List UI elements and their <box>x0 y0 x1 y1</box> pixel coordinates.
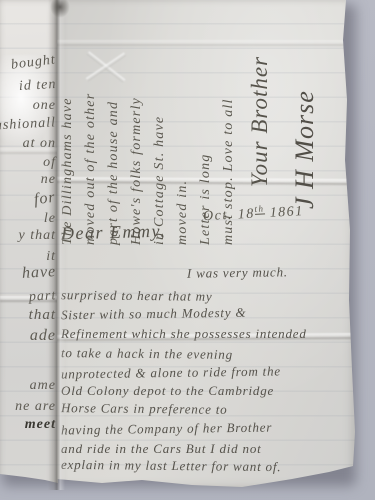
date-year: 1861 <box>269 204 304 221</box>
page-fragment: meet <box>25 417 56 433</box>
body-line: surprised to hear that my <box>61 287 213 305</box>
body-line: having the Company of her Brother <box>61 420 272 439</box>
body-line: to take a hack in the evening <box>61 345 233 363</box>
cross-note-line: part of the house and <box>102 5 125 245</box>
cross-note-line: in Cottage St. have <box>148 5 171 245</box>
page-fragment: ne are <box>15 399 56 415</box>
page-fragment: part <box>28 288 56 305</box>
cross-note-line: Howe's folks formerly <box>125 5 148 245</box>
page-fragment: of <box>43 155 56 171</box>
body-line: unprotected & alone to ride from the <box>61 363 281 382</box>
page-fragment: ade <box>30 327 56 345</box>
page-fragment: y that <box>19 228 57 244</box>
fold-gutter-dark-spot <box>50 0 70 18</box>
body-line: I was very much. <box>187 264 288 281</box>
page-fragment: for <box>33 189 57 210</box>
body-line: Sister with so much Modesty & <box>61 305 247 324</box>
body-line: and ride in the Cars But I did not <box>61 441 262 457</box>
left-page-edge: bought id ten one fashionall at on of ne… <box>0 0 58 490</box>
page-fragment: ne <box>41 172 56 188</box>
letter-photo: bought id ten one fashionall at on of ne… <box>0 0 375 500</box>
letter-page: The Dillinghams have moved out of the ot… <box>57 0 357 492</box>
body-line: Old Colony depot to the Cambridge <box>61 383 274 399</box>
cross-note-line: The Dillinghams have <box>57 5 79 245</box>
page-fragment: that <box>29 307 56 324</box>
page-fragment: ame <box>30 378 56 394</box>
date-suffix: th <box>254 203 265 215</box>
body-line: Refinement which she possesses intended <box>61 326 307 342</box>
salutation: Dear Emmy, <box>61 221 166 245</box>
page-fragment: have <box>21 263 56 283</box>
date-month-day: Oct. 18 <box>203 207 255 225</box>
page-fragment: at on <box>23 136 56 152</box>
page-fragment: le <box>44 211 56 227</box>
cross-note-line: moved out of the other <box>79 5 102 245</box>
body-line: Horse Cars in preference to <box>61 400 228 418</box>
cross-note-line: moved in. <box>171 5 194 245</box>
page-fragment: one <box>33 98 56 114</box>
page-fragment: id ten <box>18 77 56 95</box>
body-line: explain in my last Letter for want of. <box>61 457 281 475</box>
